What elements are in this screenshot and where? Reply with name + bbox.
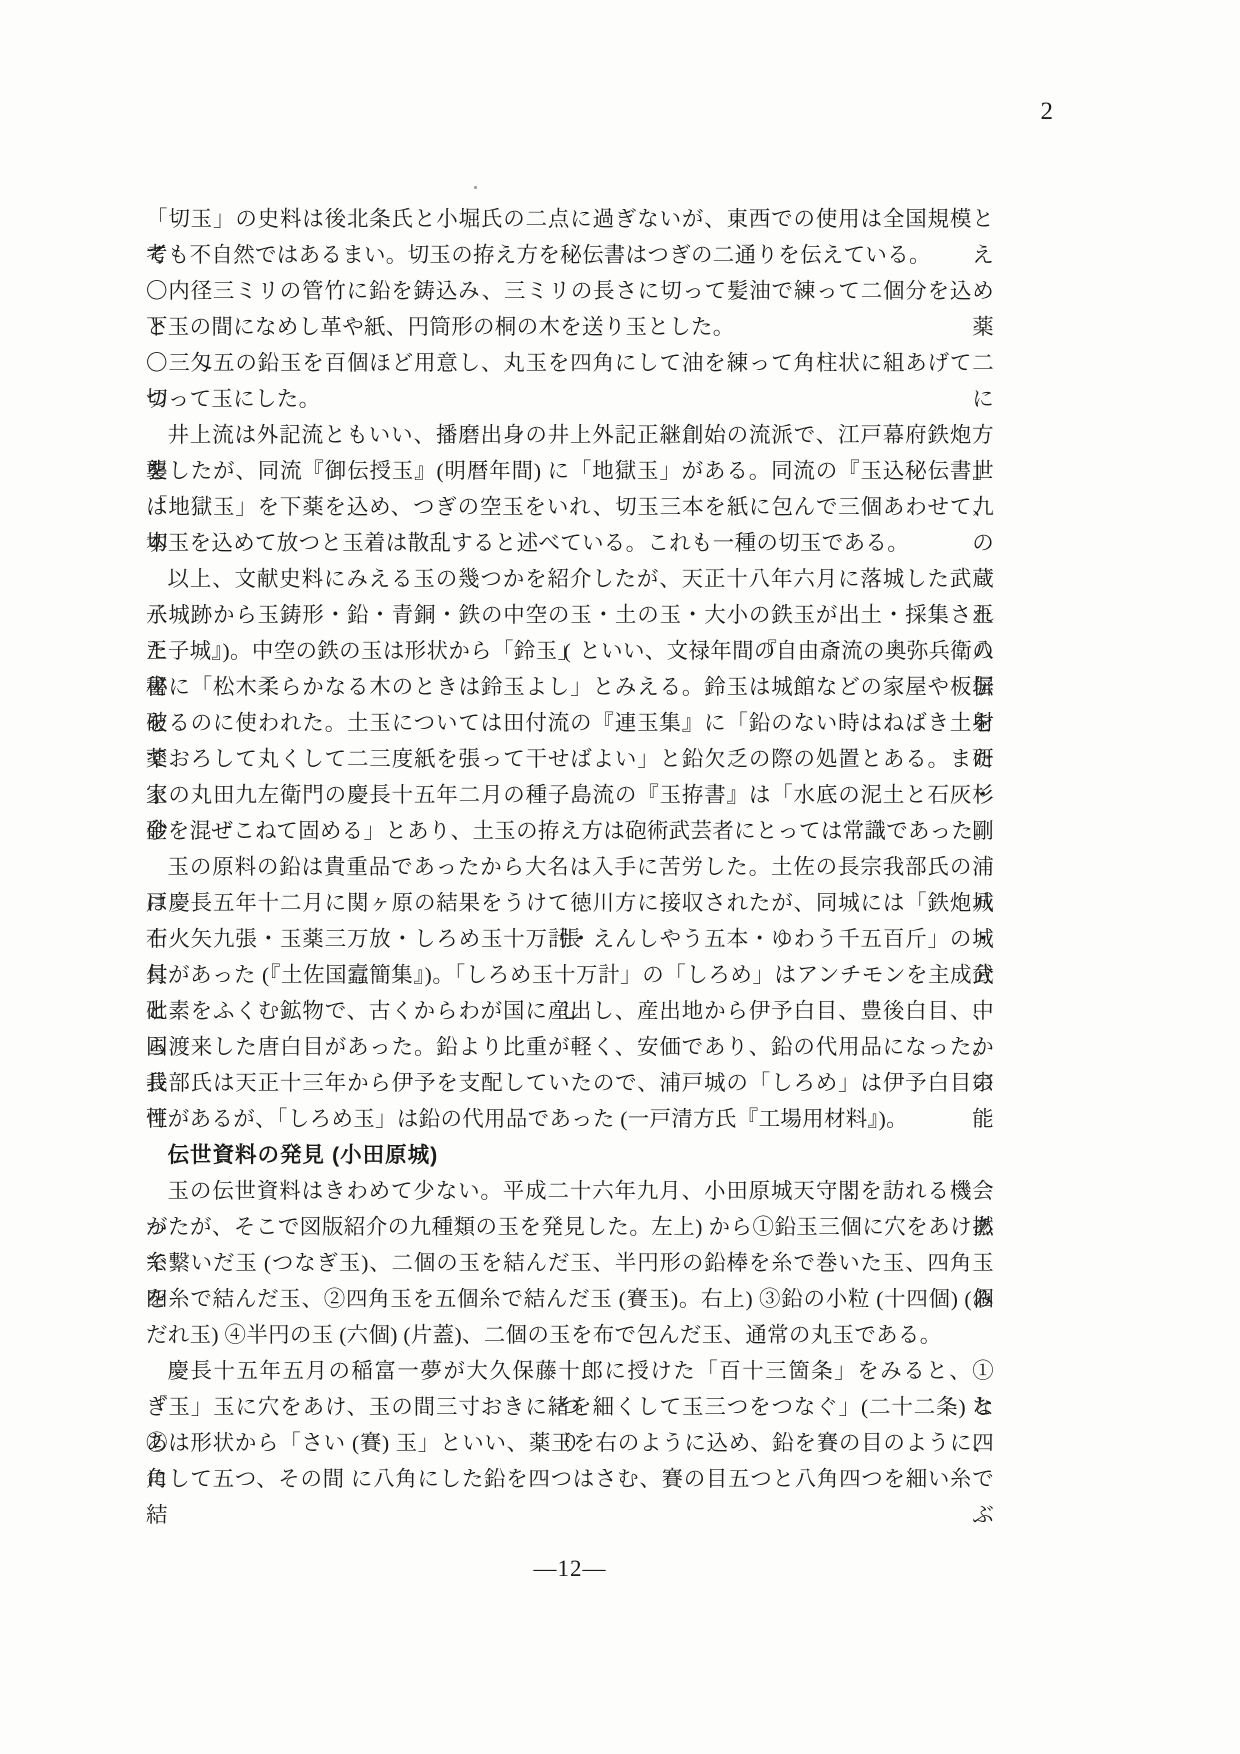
text-line: 家の丸田九左衛門の慶長十五年二月の種子島流の『玉拵書』は「水底の泥土と石灰・金剛	[146, 777, 994, 813]
text-line: ②は形状から「さい (賽) 玉」といい、薬玉を右のように込め、鉛を賽の目のように…	[146, 1425, 994, 1461]
text-line: は慶長五年十二月に関ヶ原の結果をうけて徳川方に接収されたが、同城には「鉄炮八十張…	[146, 885, 994, 921]
text-line: 具があった (『土佐国蠧簡集』)。「しろめ玉十万計」の「しろめ」はアンチモンを主…	[146, 957, 994, 993]
text-line: ったが、そこで図版紹介の九種類の玉を発見した。左上) から①鉛玉三個に穴をあけ撚…	[146, 1209, 994, 1245]
text-line: 我部氏は天正十三年から伊予を支配していたので、浦戸城の「しろめ」は伊予白目の可能	[146, 1065, 994, 1101]
text-line: 「地獄玉」を下薬を込め、つぎの空玉をいれ、切玉三本を紙に包んで三個あわせて九本の	[146, 489, 994, 525]
scanned-document-page: 2 「切玉」の史料は後北条氏と小堀氏の二点に過ぎないが、東西での使用は全国規模と…	[0, 0, 1240, 1754]
text-line: 子城跡から玉鋳形・鉛・青銅・鉄の中空の玉・土の玉・大小の鉄玉が出土・採集された …	[146, 597, 994, 633]
text-line: 〇三匁五の鉛玉を百個ほど用意し、丸玉を四角にして油を練って角柱状に組あげて二つに	[146, 345, 994, 381]
text-line: 書に「松木柔らかなる木のときは鈴玉よし」とみえる。鈴玉は城館などの家屋や板塀を射	[146, 669, 994, 705]
text-line: 砒素をふくむ鉱物で、古くからわが国に産出し、産出地から伊予白目、豊後白目、中国か	[146, 993, 994, 1029]
text-line: を糸で結んだ玉、②四角玉を五個糸で結んだ玉 (賽玉)。右上) ③鉛の小粒 (十四…	[146, 1281, 994, 1317]
text-line: 以上、文献史料にみえる玉の幾つかを紹介したが、天正十八年六月に落城した武蔵八王	[146, 561, 994, 597]
text-line: 石火矢九張・玉薬三万放・しろめ玉十万計・えんしやう五本・ゆわう千五百斤」の城付武	[146, 921, 994, 957]
text-line: 慶長十五年五月の稲富一夢が大久保藤十郎に授けた「百十三箇条」をみると、①「つな	[146, 1353, 994, 1389]
text-line: 切玉を込めて放つと玉着は散乱すると述べている。これも一種の切玉である。	[146, 525, 994, 561]
text-line: 玉の伝世資料はきわめて少ない。平成二十六年九月、小田原城天守閣を訪れる機会があ	[146, 1173, 994, 1209]
text-line: にして五つ、その間 に八角にした鉛を四つはさむ、賽の目五つと八角四つを細い糸で結…	[146, 1461, 994, 1497]
text-line: 玉の原料の鉛は貴重品であったから大名は入手に苦労した。土佐の長宗我部氏の浦戸城	[146, 849, 994, 885]
section-heading: 伝世資料の発見 (小田原城)	[146, 1137, 994, 1173]
text-line: 襲したが、同流『御伝授玉』(明暦年間) に「地獄玉」がある。同流の『玉込秘伝書』…	[146, 453, 994, 489]
text-line: 砂を混ぜこねて固める」とあり、土玉の拵え方は砲術武芸者にとっては常識であった。	[146, 813, 994, 849]
text-line: でおろして丸くして二三度紙を張って干せばよい」と鉛欠乏の際の処置とある。また上杉	[146, 741, 994, 777]
page-number-top-right: 2	[1041, 98, 1055, 126]
page-number-footer: —12—	[146, 1556, 994, 1582]
text-line: 「切玉」の史料は後北条氏と小堀氏の二点に過ぎないが、東西での使用は全国規模と考え	[146, 201, 994, 237]
text-line: 破るのに使われた。土玉については田付流の『連玉集』に「鉛のない時はねばき土を薬研	[146, 705, 994, 741]
text-line: ら渡来した唐白目があった。鉛より比重が軽く、安価であり、鉛の代用品になった。長宗	[146, 1029, 994, 1065]
text-line: だれ玉) ④半円の玉 (六個) (片蓋)、二個の玉を布で包んだ玉、通常の丸玉であ…	[146, 1317, 994, 1353]
text-line: で繋いだ玉 (つなぎ玉)、二個の玉を結んだ玉、半円形の鉛棒を糸で巻いた玉、四角玉…	[146, 1245, 994, 1281]
page-body: 「切玉」の史料は後北条氏と小堀氏の二点に過ぎないが、東西での使用は全国規模と考え…	[146, 201, 994, 1497]
text-line: 〇内径三ミリの管竹に鉛を鋳込み、三ミリの長さに切って髪油で練って二個分を込め下薬	[146, 273, 994, 309]
text-line: 性があるが、「しろめ玉」は鉛の代用品であった (一戸清方氏『工場用材料』)。	[146, 1101, 994, 1137]
text-line: 井上流は外記流ともいい、播磨出身の井上外記正継創始の流派で、江戸幕府鉄炮方を世	[146, 417, 994, 453]
text-line: ぎ玉」玉に穴をあけ、玉の間三寸おきに緒を細くして玉三つをつなぐ」(二十二条) と…	[146, 1389, 994, 1425]
scan-artifact-dot	[474, 186, 477, 189]
text-line: ても不自然ではあるまい。切玉の拵え方を秘伝書はつぎの二通りを伝えている。	[146, 237, 994, 273]
text-line: 王子城』)。中空の鉄の玉は形状から「鈴玉」といい、文禄年間の自由斎流の奥弥兵衛の…	[146, 633, 994, 669]
